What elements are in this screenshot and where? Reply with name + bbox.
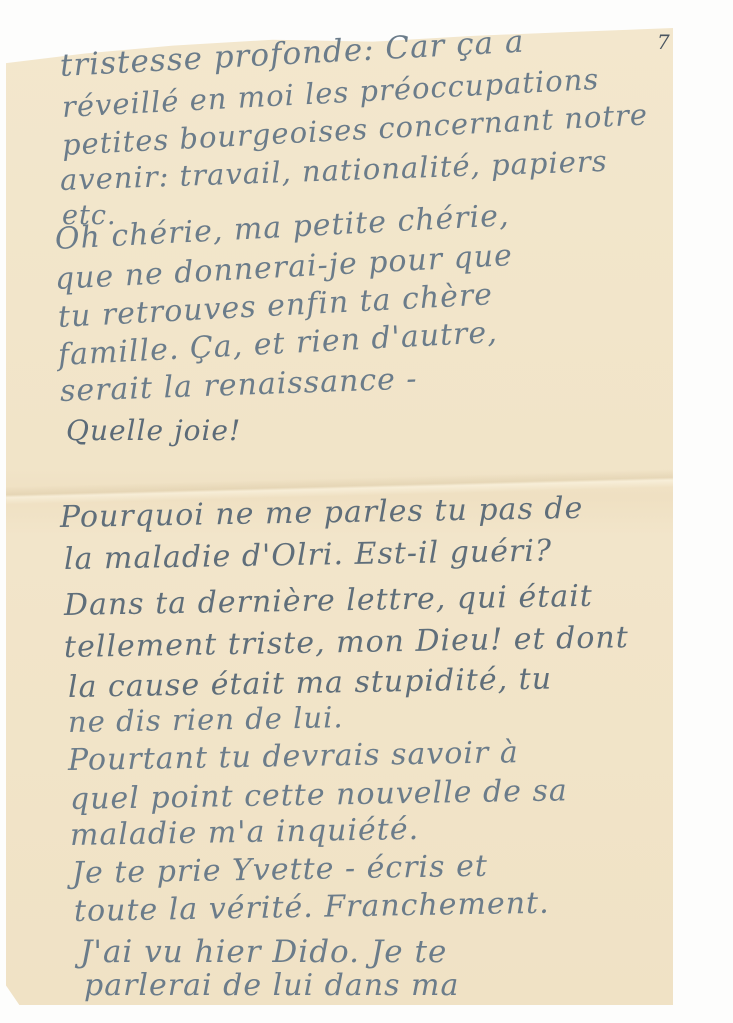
handwritten-line: Quelle joie! xyxy=(66,414,241,447)
handwritten-line: parlerai de lui dans ma xyxy=(84,968,459,1003)
page-number: 7 xyxy=(657,30,670,54)
handwritten-line: maladie m'a inquiété. xyxy=(70,812,420,853)
handwritten-line: Je te prie Yvette - écris et xyxy=(72,849,488,891)
handwritten-line: J'ai vu hier Dido. Je te xyxy=(80,934,447,970)
handwritten-line: ne dis rien de lui. xyxy=(68,700,344,739)
